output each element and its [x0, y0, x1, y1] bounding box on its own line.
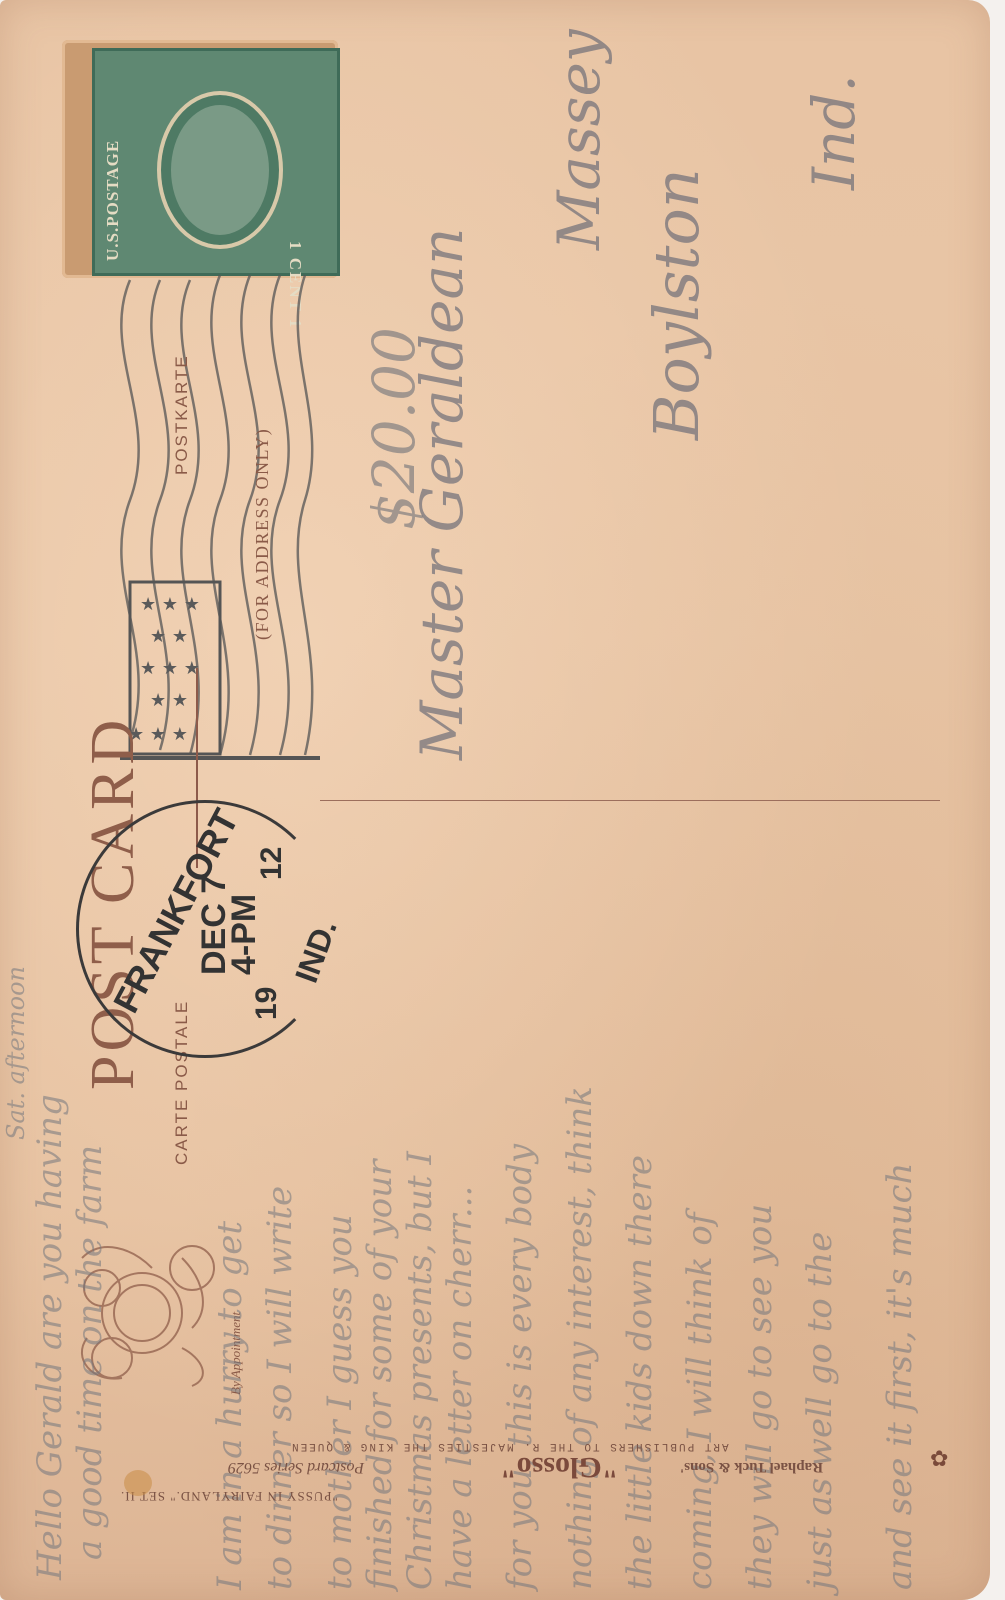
recipient-town: Boylston	[640, 168, 713, 440]
message-line: a good time on the farm	[70, 1145, 110, 1560]
postage-stamp: U.S.POSTAGE 1 CENT 1	[62, 40, 338, 278]
stamp-country-text: U.S.POSTAGE	[103, 140, 123, 261]
message-line: I am in a hurry to get	[210, 1221, 250, 1590]
message-line: finished for some of your	[360, 1160, 400, 1590]
message-line: the little kids down there	[620, 1155, 660, 1590]
tuck-easel-logo-icon: ✿	[930, 1446, 948, 1472]
postmark-time: 4-PM	[225, 894, 264, 975]
message-line: Christmas presents, but I	[400, 1151, 440, 1590]
message-line: and see it first, it's much	[880, 1163, 920, 1590]
postcard-address-side: U.S.POSTAGE 1 CENT 1 ★ ★ ★ ★ ★ ★ ★ ★ ★ ★…	[0, 0, 990, 1600]
series-number: Postcard Series 5629	[228, 1458, 364, 1476]
svg-text:★ ★: ★ ★	[150, 690, 188, 711]
portrait-oval-icon	[157, 91, 283, 249]
message-line: to dinner so I will write	[260, 1186, 300, 1590]
message-line: Hello Gerald are you having	[30, 1094, 70, 1580]
message-line: coming, I will think of	[680, 1213, 720, 1590]
message-line: they will go to see you	[740, 1204, 780, 1590]
message-header: Sat. afternoon	[2, 966, 30, 1140]
message-line: nothing of any interest, think	[560, 1086, 600, 1590]
recipient-state: Ind.	[800, 74, 868, 190]
message-line: have a letter on cherr...	[440, 1186, 480, 1590]
postkarte-label: POSTKARTE	[172, 354, 192, 475]
message-line: just as well go to the	[800, 1232, 840, 1590]
postmark-year-right: 12	[255, 847, 289, 880]
recipient-name: Master Geraldean	[408, 228, 476, 760]
postmark-year-left: 19	[250, 987, 284, 1020]
recipient-surname: Massey	[545, 29, 613, 250]
message-line: to mother I guess you	[320, 1214, 360, 1590]
stamp-frame: U.S.POSTAGE 1 CENT 1	[92, 48, 340, 276]
svg-text:★ ★: ★ ★	[150, 626, 188, 647]
address-only-label: (FOR ADDRESS ONLY)	[252, 428, 273, 640]
glosso-brand: "Glosso"	[500, 1450, 618, 1484]
publisher-name: Raphael Tuck & Sons'	[680, 1458, 823, 1475]
address-message-divider	[320, 800, 940, 801]
message-line: for you, this is every body	[500, 1144, 540, 1590]
svg-text:★ ★ ★: ★ ★ ★	[140, 658, 200, 679]
paper-stain	[124, 1470, 152, 1496]
set-title: "PUSSY IN FAIRYLAND." SET II.	[120, 1488, 338, 1504]
wavy-cancel-lines-icon: ★ ★ ★ ★ ★ ★ ★ ★ ★ ★ ★ ★ ★	[90, 270, 330, 780]
svg-text:★ ★ ★: ★ ★ ★	[140, 594, 200, 615]
